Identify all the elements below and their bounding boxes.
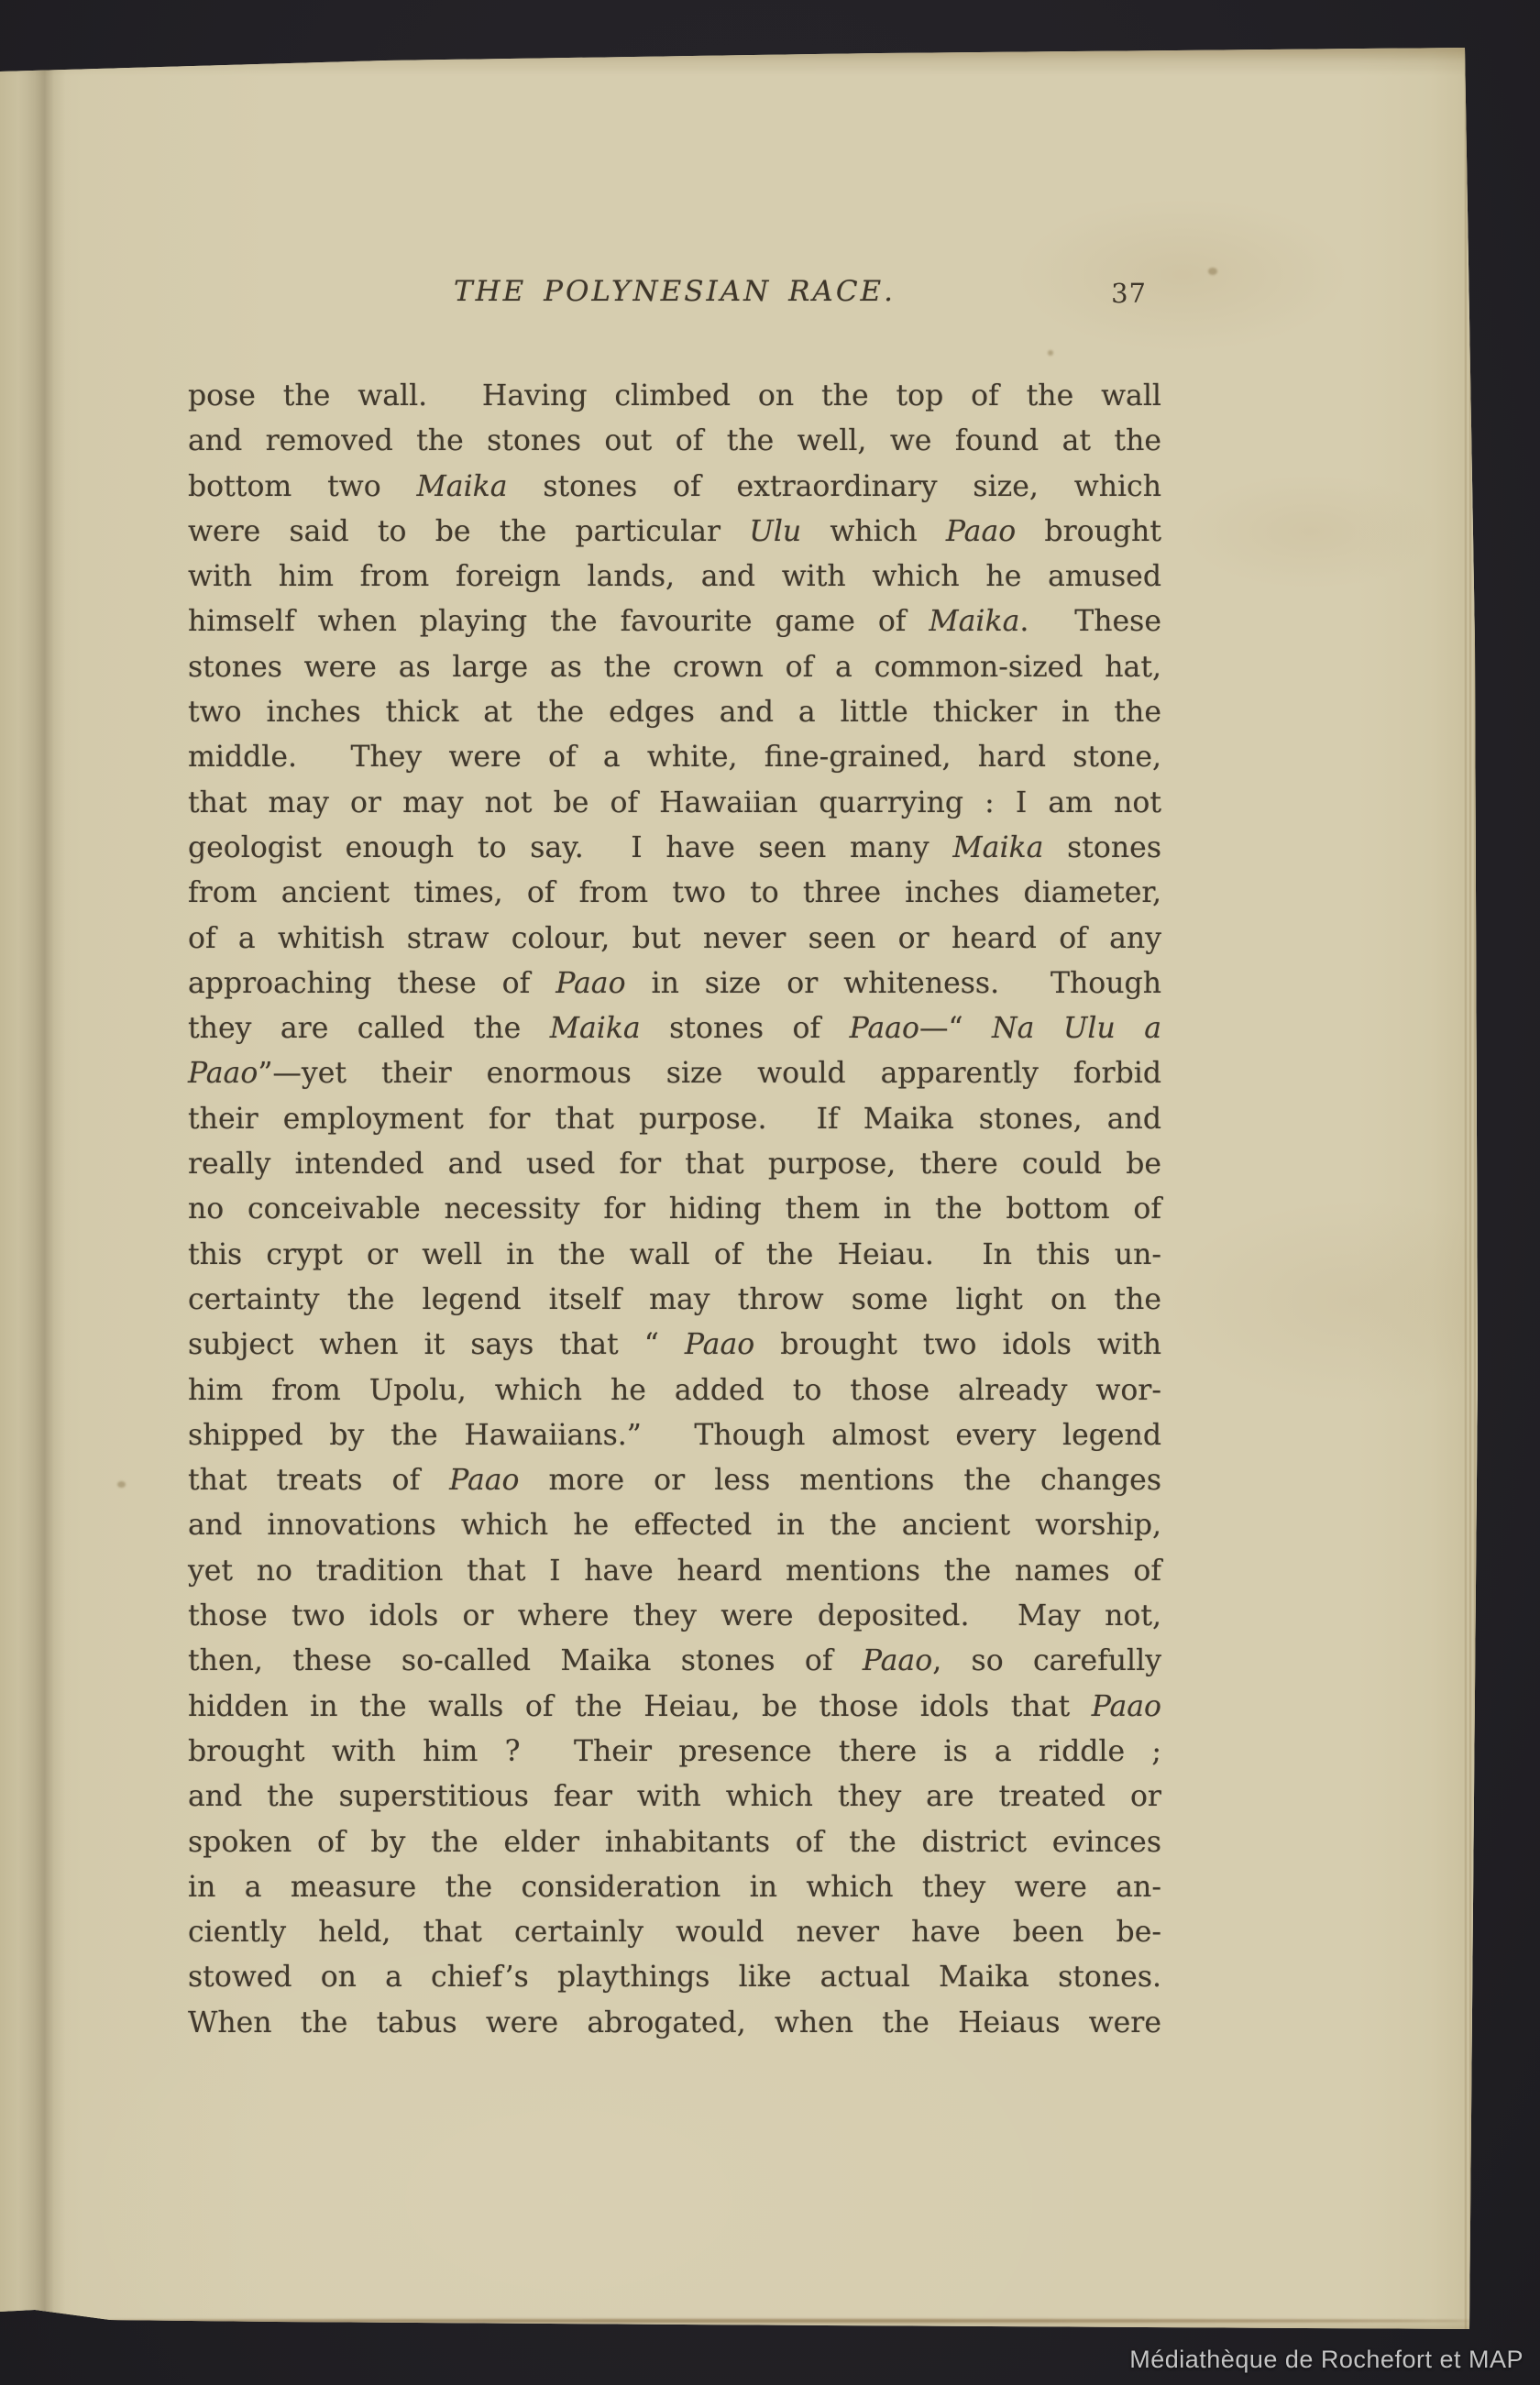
text-line: hidden in the walls of the Heiau, be tho… bbox=[188, 1685, 1161, 1730]
text-line: middle. They were of a white, fine-grain… bbox=[188, 735, 1161, 780]
text-line: this crypt or well in the wall of the He… bbox=[188, 1233, 1161, 1278]
page-stack-edge bbox=[1465, 48, 1479, 2332]
text-line: those two idols or where they were depos… bbox=[188, 1594, 1161, 1639]
text-line: that treats of Paao more or less mention… bbox=[188, 1458, 1161, 1503]
foxing-speck bbox=[117, 1481, 126, 1488]
text-line: geologist enough to say. I have seen man… bbox=[188, 826, 1161, 871]
text-line: and removed the stones out of the well, … bbox=[188, 419, 1161, 464]
text-line: from ancient times, of from two to three… bbox=[188, 871, 1161, 916]
text-line: were said to be the particular Ulu which… bbox=[188, 510, 1161, 555]
text-line: that may or may not be of Hawaiian quarr… bbox=[188, 781, 1161, 826]
text-line: ciently held, that certainly would never… bbox=[188, 1910, 1161, 1955]
text-line: of a whitish straw colour, but never see… bbox=[188, 917, 1161, 962]
running-title: THE POLYNESIAN RACE. bbox=[188, 275, 1161, 308]
book-page: THE POLYNESIAN RACE. 37 pose the wall. H… bbox=[0, 0, 1540, 2385]
text-line: and innovations which he effected in the… bbox=[188, 1503, 1161, 1548]
text-line: subject when it says that “ Paao brought… bbox=[188, 1323, 1161, 1368]
text-line: in a measure the consideration in which … bbox=[188, 1865, 1161, 1910]
page-bottom-shadow bbox=[37, 2320, 1481, 2333]
text-line: then, these so-called Maika stones of Pa… bbox=[188, 1639, 1161, 1684]
text-line: him from Upolu, which he added to those … bbox=[188, 1368, 1161, 1413]
text-line: their employment for that purpose. If Ma… bbox=[188, 1097, 1161, 1142]
text-line: no conceivable necessity for hiding them… bbox=[188, 1187, 1161, 1232]
foxing-speck bbox=[1208, 268, 1217, 275]
text-line: shipped by the Hawaiians.” Though almost… bbox=[188, 1413, 1161, 1458]
text-line: they are called the Maika stones of Paao… bbox=[188, 1006, 1161, 1051]
text-line: approaching these of Paao in size or whi… bbox=[188, 962, 1161, 1006]
page-top-edge bbox=[0, 46, 1540, 75]
gutter-crease bbox=[18, 0, 66, 2385]
text-line: brought with him ? Their presence there … bbox=[188, 1730, 1161, 1775]
text-line: yet no tradition that I have heard menti… bbox=[188, 1549, 1161, 1594]
foxing-speck bbox=[1048, 350, 1053, 356]
text-line: pose the wall. Having climbed on the top… bbox=[188, 374, 1161, 419]
text-line: stones were as large as the crown of a c… bbox=[188, 645, 1161, 690]
text-line: spoken of by the elder inhabitants of th… bbox=[188, 1820, 1161, 1865]
page-header: THE POLYNESIAN RACE. 37 bbox=[188, 275, 1161, 317]
text-line: Paao”—yet their enormous size would appa… bbox=[188, 1051, 1161, 1096]
page-number: 37 bbox=[1111, 278, 1147, 309]
watermark: Médiathèque de Rochefort et MAP bbox=[1129, 2346, 1523, 2374]
text-line: two inches thick at the edges and a litt… bbox=[188, 690, 1161, 735]
scan-background: THE POLYNESIAN RACE. 37 pose the wall. H… bbox=[0, 0, 1540, 2385]
text-line: stowed on a chief’s playthings like actu… bbox=[188, 1955, 1161, 2000]
body-text: pose the wall. Having climbed on the top… bbox=[188, 374, 1161, 2046]
text-line: and the superstitious fear with which th… bbox=[188, 1775, 1161, 1819]
text-line: himself when playing the favourite game … bbox=[188, 599, 1161, 644]
text-line: really intended and used for that purpos… bbox=[188, 1142, 1161, 1187]
text-line: certainty the legend itself may throw so… bbox=[188, 1278, 1161, 1323]
text-line: When the tabus were abrogated, when the … bbox=[188, 2001, 1161, 2046]
text-line: bottom two Maika stones of extraordinary… bbox=[188, 465, 1161, 510]
text-line: with him from foreign lands, and with wh… bbox=[188, 555, 1161, 599]
